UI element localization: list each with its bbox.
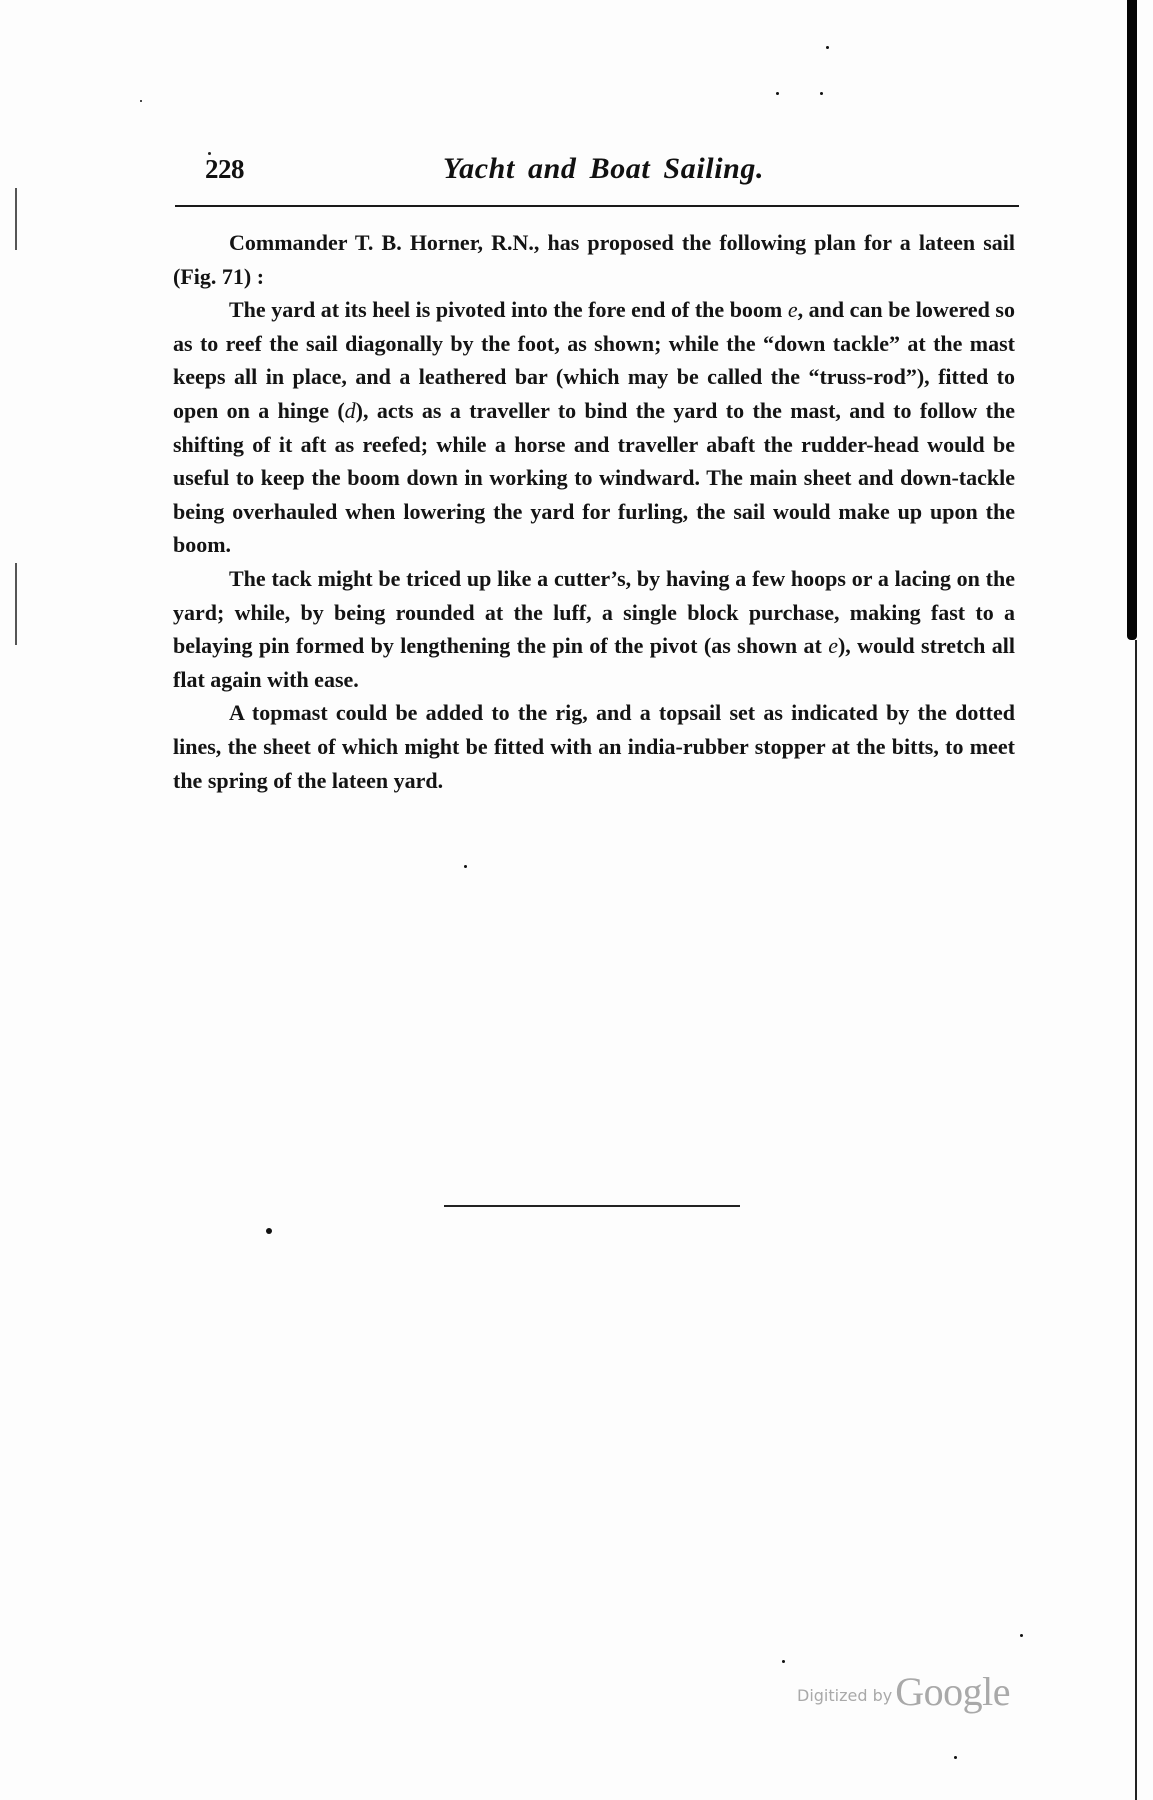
scan-speck [782, 1660, 785, 1663]
paragraph: The tack might be triced up like a cutte… [173, 562, 1015, 696]
scan-speck [1020, 1634, 1023, 1637]
scan-margin-mark [15, 563, 17, 645]
digitized-by-google-watermark: Digitized byGoogle [797, 1668, 1010, 1715]
scan-speck [464, 865, 467, 868]
paragraph: The yard at its heel is pivoted into the… [173, 293, 1015, 562]
google-logo-text: Google [895, 1669, 1010, 1714]
scan-speck [266, 1228, 272, 1234]
scan-speck [820, 92, 823, 95]
page-edge-line [1135, 640, 1137, 1800]
scan-speck [140, 100, 142, 102]
figure-label: e [828, 633, 838, 658]
watermark-prefix: Digitized by [797, 1686, 892, 1705]
running-title: Yacht and Boat Sailing. [443, 152, 764, 186]
body-text: Commander T. B. Horner, R.N., has propos… [173, 226, 1015, 797]
running-head: 228 Yacht and Boat Sailing. [175, 150, 1020, 194]
scan-margin-mark [15, 188, 17, 250]
page-number: 228 [205, 154, 244, 185]
page-edge-shadow [1127, 0, 1137, 640]
scan-speck [826, 46, 829, 49]
header-rule [175, 205, 1019, 207]
section-end-rule [444, 1205, 740, 1207]
scan-speck [776, 92, 779, 95]
figure-label: e [788, 297, 798, 322]
scan-speck [208, 152, 211, 155]
scan-speck [954, 1756, 957, 1759]
paragraph: A topmast could be added to the rig, and… [173, 696, 1015, 797]
paragraph: Commander T. B. Horner, R.N., has propos… [173, 226, 1015, 293]
book-page: 228 Yacht and Boat Sailing. Commander T.… [0, 0, 1153, 1800]
figure-label: d [345, 398, 356, 423]
